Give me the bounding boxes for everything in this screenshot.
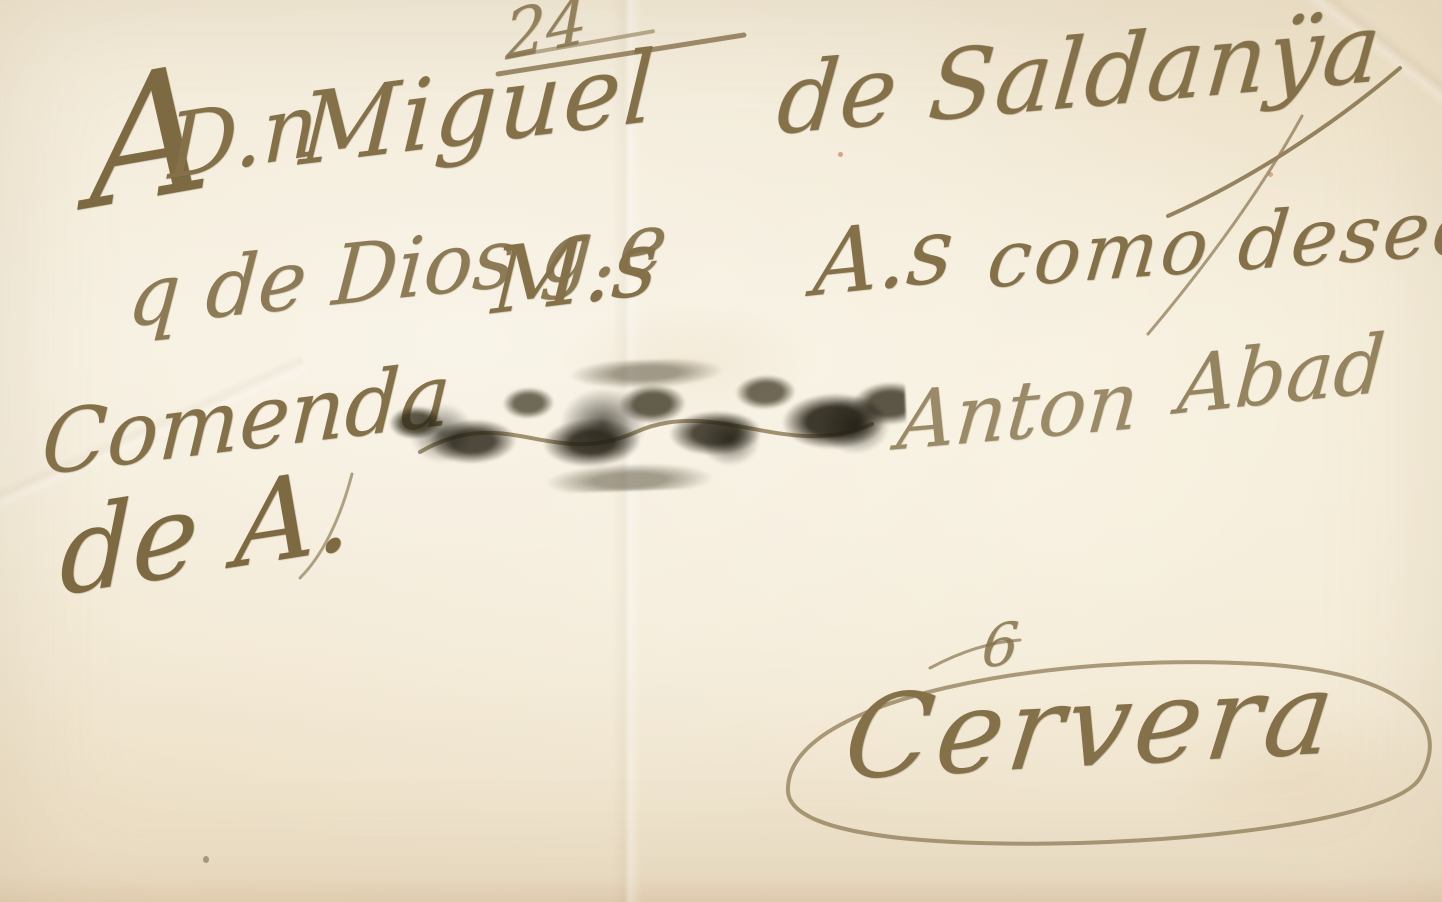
address-line3-saint-title: Abad bbox=[1175, 324, 1387, 427]
address-line2-abbrev-ms: M.s bbox=[490, 217, 660, 329]
address-line1-name: Miguel bbox=[297, 38, 658, 181]
address-line1-honorific: D.n bbox=[167, 80, 319, 193]
letter-cover: 24 A D.n Miguel de Saldanÿa q de Dios g.… bbox=[0, 0, 1442, 902]
stamp-blotch bbox=[560, 388, 646, 460]
address-line2-formula-end: como deseo bbox=[984, 187, 1442, 300]
paper-speck bbox=[1268, 172, 1273, 177]
stamp-blotch bbox=[409, 402, 475, 464]
destination-name: Cervera bbox=[839, 656, 1344, 797]
stamp-blotch bbox=[700, 414, 760, 466]
address-line3-saint-name: Anton bbox=[894, 361, 1141, 463]
stamp-blotch bbox=[820, 396, 890, 454]
paper-speck bbox=[203, 856, 209, 863]
address-line1-surname: de Saldanÿa bbox=[774, 0, 1386, 149]
paper-speck bbox=[838, 152, 843, 157]
address-line2-abbrev-as: A.s bbox=[811, 205, 956, 311]
